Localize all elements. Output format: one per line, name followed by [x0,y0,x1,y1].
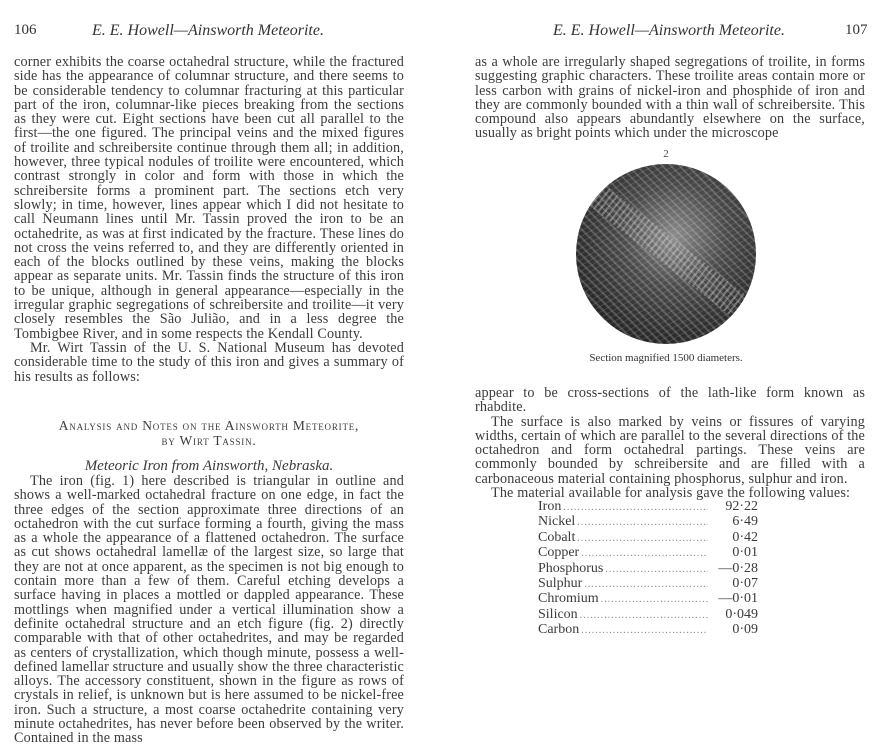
section-title-byline: by Wirt Tassin. [14,433,404,448]
page-number: 106 [14,22,37,39]
element-name: Silicon [538,608,578,622]
figure-number: 2 [571,148,761,160]
analysis-row: Iron....................................… [538,500,758,515]
running-head: E. E. Howell—Ainsworth Meteorite. [553,22,785,40]
left-body: corner exhibits the coarse octahedral st… [14,55,404,384]
right-body: as a whole are irregularly shaped segreg… [475,55,865,141]
paragraph: The surface is also marked by veins or f… [475,415,865,486]
analysis-row: Phosphorus..............................… [538,562,758,577]
analysis-row: Cobalt..................................… [538,531,758,546]
figure-2: 2 Section magnified 1500 diameters. [571,148,761,364]
running-head: E. E. Howell—Ainsworth Meteorite. [92,22,324,40]
element-value: 0·42 [710,531,758,545]
paragraph: The material available for analysis gave… [475,486,865,500]
section-title: Analysis and Notes on the Ainsworth Mete… [14,418,404,433]
element-value: —0·01 [710,592,758,606]
element-value: 92·22 [710,500,758,514]
element-value: 0·049 [710,608,758,622]
analysis-row: Copper..................................… [538,546,758,561]
micrograph-image [576,164,756,344]
section-heading: Analysis and Notes on the Ainsworth Mete… [14,418,404,475]
element-value: 0·07 [710,577,758,591]
element-name: Copper [538,546,579,560]
element-name: Iron [538,500,561,514]
right-page: E. E. Howell—Ainsworth Meteorite. 107 as… [445,0,890,750]
left-body-continued: The iron (fig. 1) here described is tria… [14,474,404,746]
analysis-row: Chromium................................… [538,592,758,607]
analysis-table: Iron....................................… [538,500,758,639]
analysis-row: Carbon..................................… [538,623,758,638]
element-name: Phosphorus [538,562,603,576]
analysis-row: Silicon.................................… [538,608,758,623]
page-number: 107 [845,22,868,39]
element-name: Cobalt [538,531,575,545]
element-name: Chromium [538,592,599,606]
paragraph: corner exhibits the coarse octahedral st… [14,55,404,341]
element-name: Nickel [538,515,575,529]
element-value: —0·28 [710,562,758,576]
element-name: Carbon [538,623,579,637]
paragraph: The iron (fig. 1) here described is tria… [14,474,404,746]
figure-caption: Section magnified 1500 diameters. [571,352,761,364]
element-value: 0·09 [710,623,758,637]
analysis-row: Sulphur.................................… [538,577,758,592]
paragraph: Mr. Wirt Tassin of the U. S. National Mu… [14,341,404,384]
element-name: Sulphur [538,577,582,591]
analysis-row: Nickel..................................… [538,515,758,530]
right-body-continued: appear to be cross-sections of the lath-… [475,386,865,500]
element-value: 6·49 [710,515,758,529]
left-page: 106 E. E. Howell—Ainsworth Meteorite. co… [0,0,445,750]
element-value: 0·01 [710,546,758,560]
paragraph: as a whole are irregularly shaped segreg… [475,55,865,141]
paragraph: appear to be cross-sections of the lath-… [475,386,865,415]
